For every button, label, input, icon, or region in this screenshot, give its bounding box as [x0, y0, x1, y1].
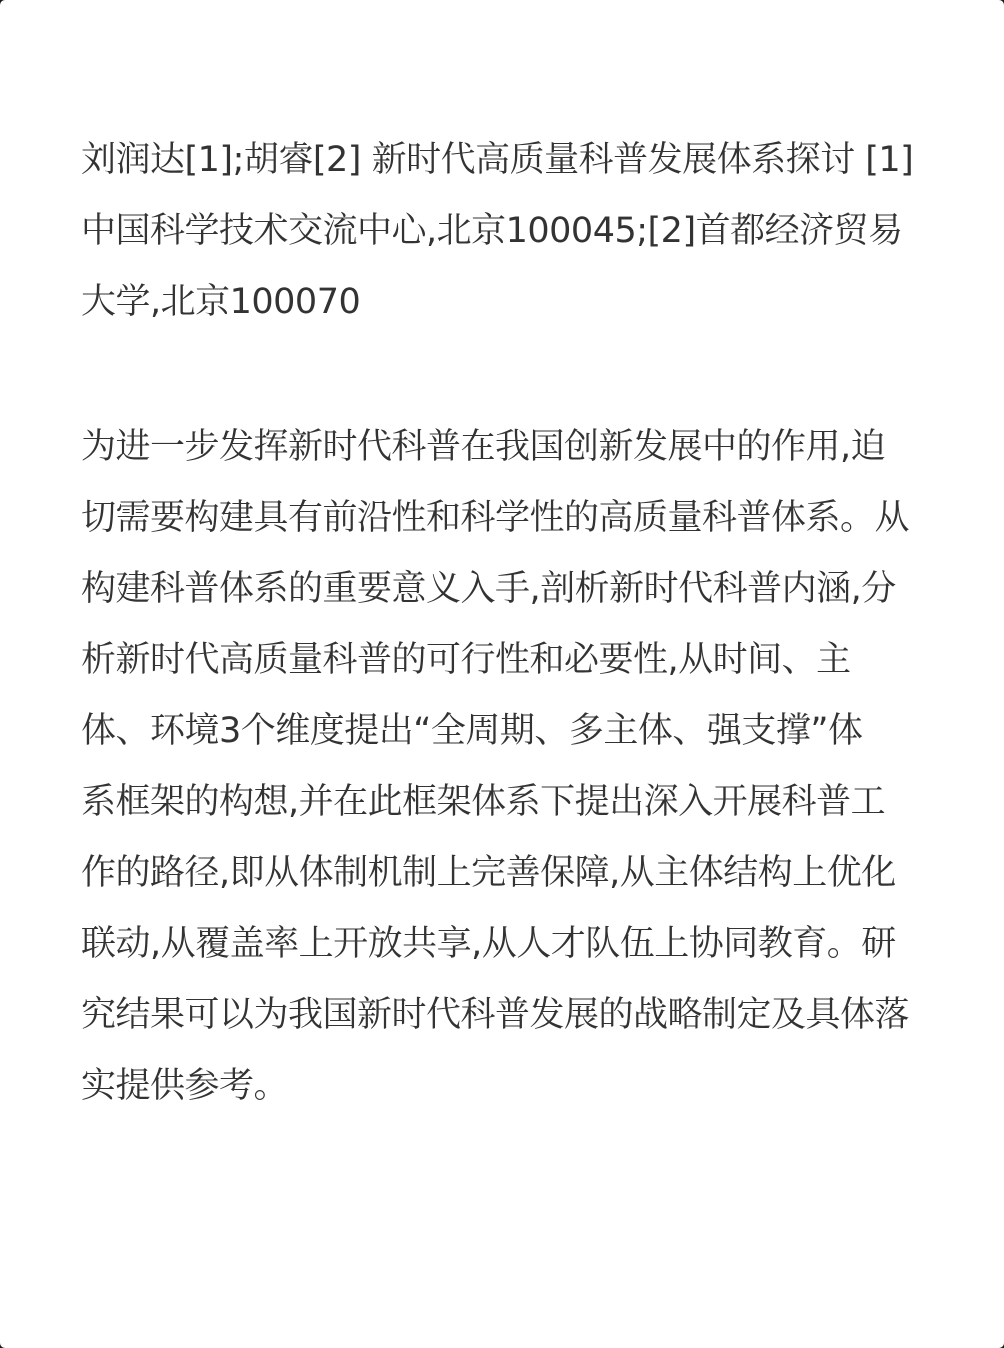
abstract-line: 切需要构建具有前沿性和科学性的高质量科普体系。从 [81, 483, 964, 554]
abstract-line: 构建科普体系的重要意义入手,剖析新时代科普内涵,分 [81, 554, 964, 625]
abstract-line: 体、环境3个维度提出“全周期、多主体、强支撑”体 [81, 696, 964, 767]
abstract-line: 为进一步发挥新时代科普在我国创新发展中的作用,迫 [81, 412, 964, 483]
document-page: 刘润达[1];胡睿[2] 新时代高质量科普发展体系探讨 [1] 中国科学技术交流… [0, 0, 1004, 1348]
header-line: 刘润达[1];胡睿[2] 新时代高质量科普发展体系探讨 [1] [81, 125, 964, 196]
abstract-paragraph: 为进一步发挥新时代科普在我国创新发展中的作用,迫 切需要构建具有前沿性和科学性的… [81, 412, 964, 1122]
abstract-line: 联动,从覆盖率上开放共享,从人才队伍上协同教育。研 [81, 909, 964, 980]
abstract-line: 究结果可以为我国新时代科普发展的战略制定及具体落 [81, 980, 964, 1051]
abstract-line: 实提供参考。 [81, 1051, 964, 1122]
header-line: 中国科学技术交流中心,北京100045;[2]首都经济贸易 [81, 196, 964, 267]
abstract-line: 系框架的构想,并在此框架体系下提出深入开展科普工 [81, 767, 964, 838]
citation-header: 刘润达[1];胡睿[2] 新时代高质量科普发展体系探讨 [1] 中国科学技术交流… [81, 125, 964, 338]
header-line: 大学,北京100070 [81, 267, 964, 338]
abstract-line: 析新时代高质量科普的可行性和必要性,从时间、主 [81, 625, 964, 696]
abstract-line: 作的路径,即从体制机制上完善保障,从主体结构上优化 [81, 838, 964, 909]
